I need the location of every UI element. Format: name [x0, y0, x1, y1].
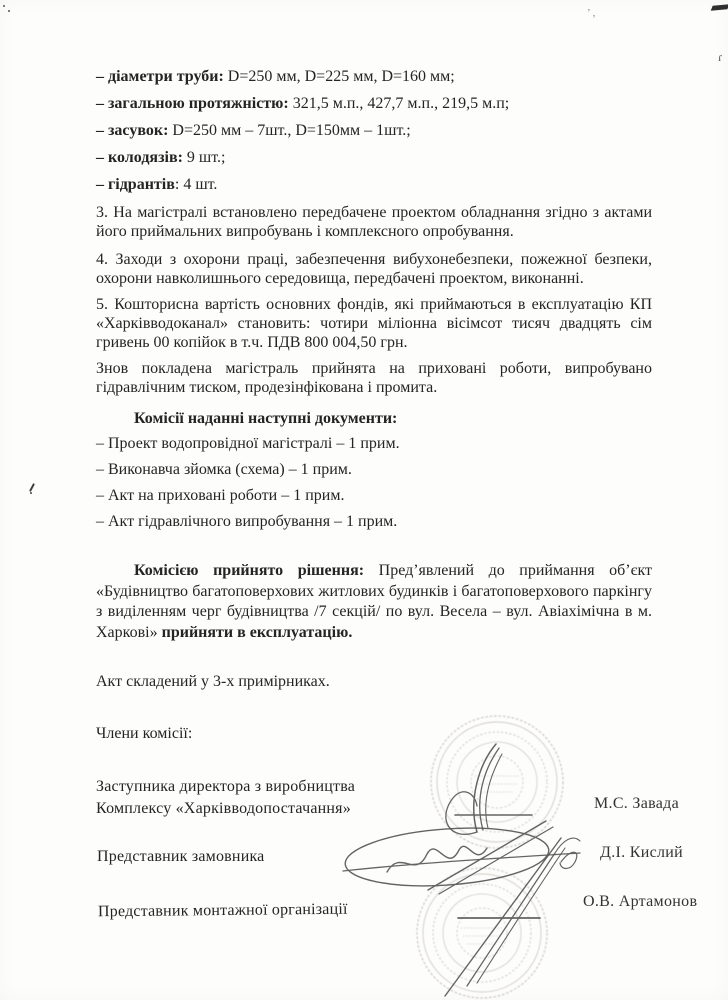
- round-stamp-bottom: [417, 868, 547, 998]
- spec-label: – гідрантів: [96, 176, 175, 193]
- scan-mark-curl: ɾ: [718, 52, 722, 62]
- copies-note: Акт складений у 3-х примірниках.: [96, 672, 330, 691]
- signatory-role-customer-representative: Представник замовника: [97, 846, 265, 868]
- scan-mark-quotes: ’ ,: [587, 8, 595, 18]
- signatory-role-installation-org-representative: Представник монтажної організації: [98, 899, 348, 924]
- commission-members-label: Члени комісії:: [96, 724, 192, 743]
- document-item: – Акт гідравлічного випробування – 1 при…: [96, 512, 652, 531]
- spec-value: 9 шт.;: [183, 149, 226, 166]
- spec-item-wells: – колодязів: 9 шт.;: [96, 148, 652, 167]
- spec-item-length: – загальною протяжністю: 321,5 м.п., 427…: [96, 94, 652, 113]
- document-item: – Виконавча зйомка (схема) – 1 прим.: [96, 460, 652, 479]
- document-item: – Проект водопровідної магістралі – 1 пр…: [96, 434, 652, 453]
- spec-label: – загальною протяжністю:: [96, 95, 289, 112]
- paragraph-5: 5. Кошторисна вартість основних фондів, …: [96, 295, 652, 352]
- spec-label: – діаметри труби:: [96, 68, 224, 85]
- commission-decision: Комісією прийнято рішення: Пред’явлений …: [96, 561, 652, 643]
- scan-speck: [30, 492, 32, 494]
- paragraph-3: 3. На магістралі встановлено передбачене…: [96, 203, 652, 241]
- signature-kyslyi: [343, 821, 580, 894]
- scan-mark-dash: [711, 4, 728, 10]
- documents-list: – Проект водопровідної магістралі – 1 пр…: [96, 434, 652, 531]
- spec-label: – колодязів:: [96, 149, 183, 166]
- signature-artamonov: [445, 838, 580, 996]
- paragraph-pipeline-accepted: Знов покладена магістраль прийнята на пр…: [96, 359, 652, 397]
- scanned-act-page: – діаметри труби: D=250 мм, D=225 мм, D=…: [0, 0, 728, 1000]
- spec-value: 321,5 м.п., 427,7 м.п., 219,5 м.п;: [289, 95, 510, 112]
- spec-value: D=250 мм, D=225 мм, D=160 мм;: [224, 68, 455, 85]
- spec-value: D=250 мм – 7шт., D=150мм – 1шт.;: [168, 122, 410, 139]
- paragraph-4: 4. Заходи з охорони праці, забезпечення …: [96, 250, 652, 288]
- document-item: – Акт на приховані роботи – 1 прим.: [96, 486, 652, 505]
- spec-label: – засувок:: [96, 122, 168, 139]
- role-line: Заступника директора з виробництва: [96, 776, 355, 798]
- spec-item-valves: – засувок: D=250 мм – 7шт., D=150мм – 1ш…: [96, 121, 652, 140]
- documents-header: Комісії наданні наступні документи:: [96, 409, 652, 428]
- decision-tail: прийняти в експлуатацію.: [162, 624, 353, 641]
- spec-item-hydrants: – гідрантів: 4 шт.: [96, 175, 652, 194]
- decision-lead: Комісією прийнято рішення:: [134, 562, 364, 579]
- scan-speck: [3, 5, 5, 7]
- role-line: Комплексу «Харківводопостачання»: [96, 798, 355, 820]
- scan-speck: [8, 10, 10, 12]
- pipeline-spec-list: – діаметри труби: D=250 мм, D=225 мм, D=…: [96, 67, 652, 194]
- act-body: – діаметри труби: D=250 мм, D=225 мм, D=…: [96, 67, 652, 659]
- stamps-and-signatures: [325, 690, 685, 1000]
- spec-value: : 4 шт.: [175, 176, 218, 193]
- signatory-role-deputy-director: Заступника директора з виробництва Компл…: [96, 776, 355, 820]
- scan-mark-tick: [29, 483, 35, 492]
- spec-item-diameters: – діаметри труби: D=250 мм, D=225 мм, D=…: [96, 67, 652, 86]
